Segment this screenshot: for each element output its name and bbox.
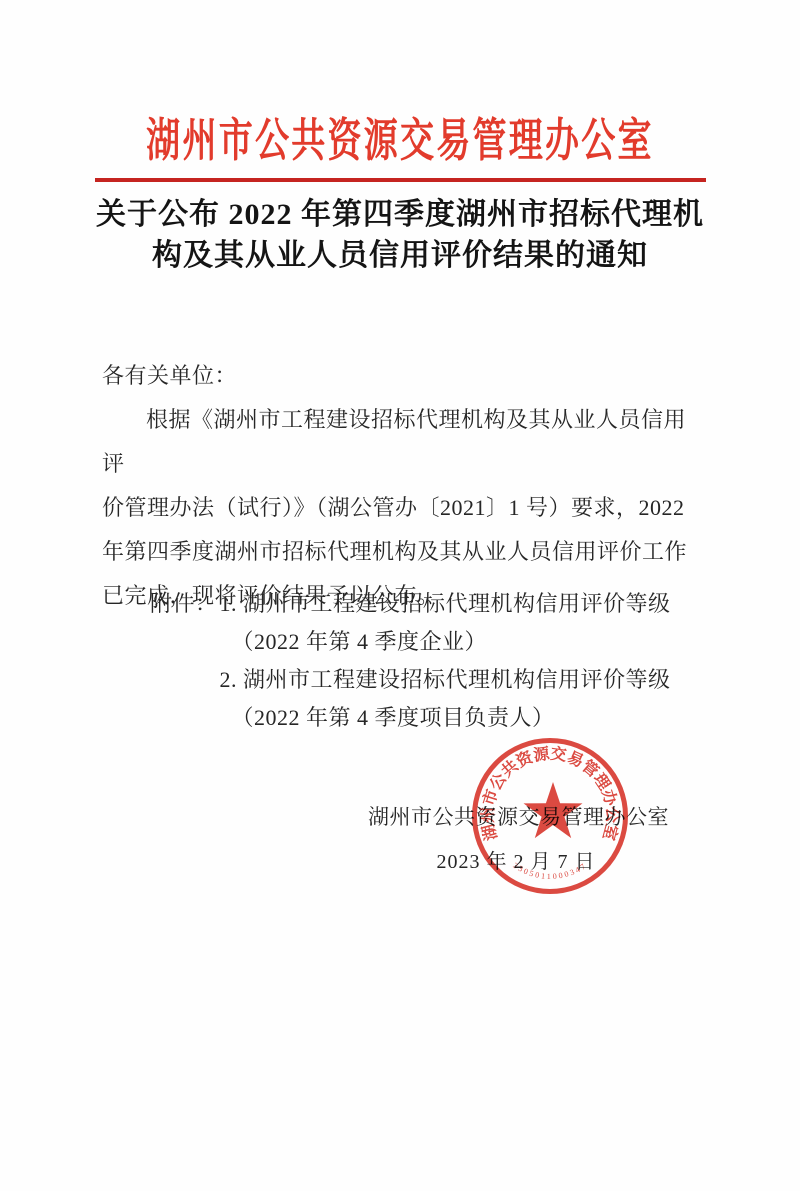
- body-paragraph-line: 价管理办法（试行）》（湖公管办〔2021〕1 号）要求，2022: [102, 486, 698, 530]
- attachment-item-1-subtitle: （2022 年第 4 季度企业）: [220, 623, 671, 661]
- document-title-line-1: 关于公布 2022 年第四季度湖州市招标代理机: [60, 194, 740, 235]
- attachment-item-2-subtitle: （2022 年第 4 季度项目负责人）: [220, 699, 671, 737]
- document-page: 湖州市公共资源交易管理办公室 关于公布 2022 年第四季度湖州市招标代理机 构…: [0, 0, 800, 1191]
- letterhead-agency-name: 湖州市公共资源交易管理办公室: [104, 104, 696, 170]
- document-title: 关于公布 2022 年第四季度湖州市招标代理机 构及其从业人员信用评价结果的通知: [60, 194, 740, 276]
- salutation: 各有关单位：: [102, 354, 698, 398]
- body-paragraph-line: 年第四季度湖州市招标代理机构及其从业人员信用评价工作: [102, 530, 698, 574]
- attachments-section: 附件： 1. 湖州市工程建设招标代理机构信用评价等级 （2022 年第 4 季度…: [150, 585, 671, 737]
- attachment-item-2-title: 2. 湖州市工程建设招标代理机构信用评价等级: [220, 661, 671, 699]
- document-body: 各有关单位： 根据《湖州市工程建设招标代理机构及其从业人员信用评 价管理办法（试…: [102, 354, 698, 618]
- document-title-line-2: 构及其从业人员信用评价结果的通知: [60, 235, 740, 276]
- signature-date: 2023 年 2 月 7 日: [368, 845, 664, 874]
- attachments-label: 附件：: [150, 585, 218, 623]
- attachment-item-1-title: 1. 湖州市工程建设招标代理机构信用评价等级: [220, 585, 671, 623]
- body-paragraph-line: 根据《湖州市工程建设招标代理机构及其从业人员信用评: [102, 398, 698, 486]
- signature-agency-name: 湖州市公共资源交易管理办公室: [368, 801, 664, 831]
- letterhead-divider-line: [95, 178, 706, 182]
- attachments-list: 1. 湖州市工程建设招标代理机构信用评价等级 （2022 年第 4 季度企业） …: [220, 585, 671, 737]
